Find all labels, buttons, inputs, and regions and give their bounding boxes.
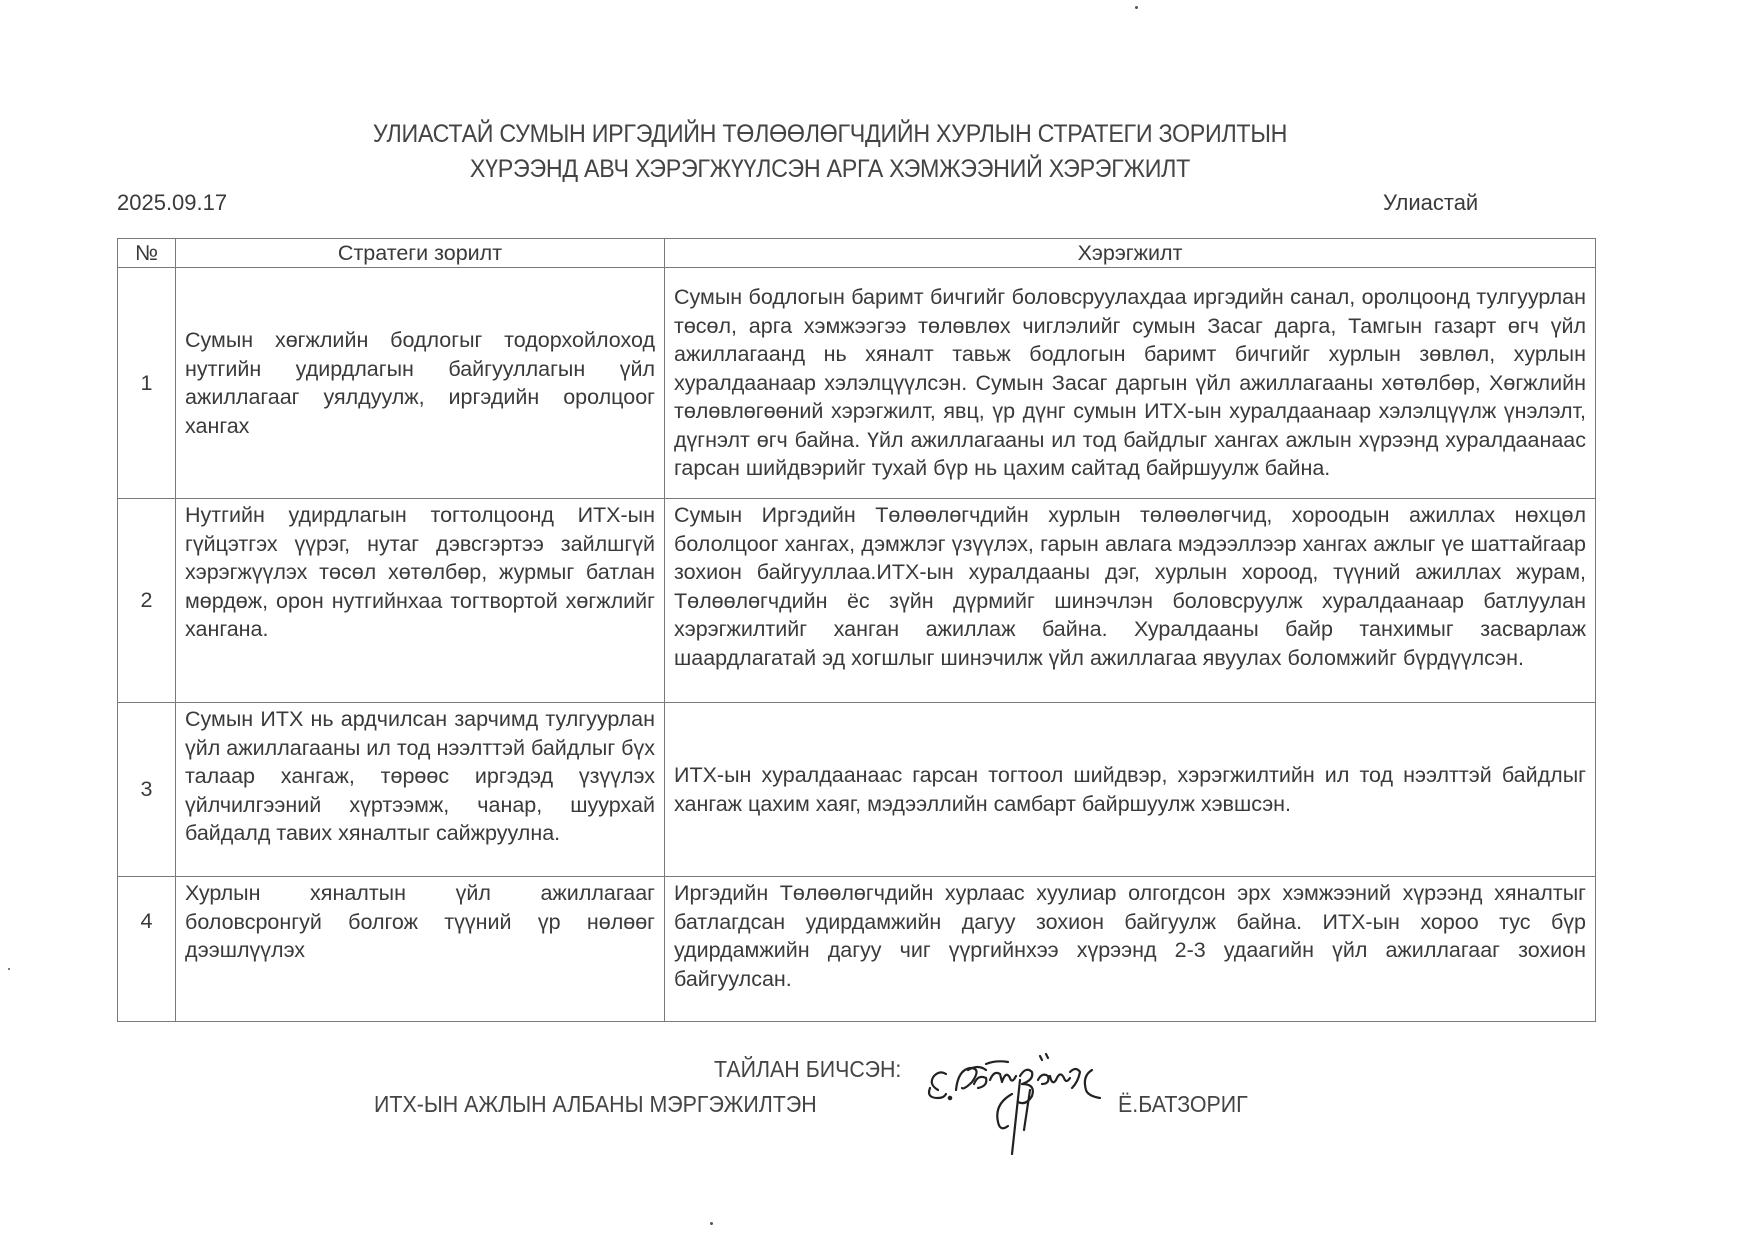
row-number: 4	[118, 877, 176, 1022]
row-implementation: Сумын Иргэдийн Төлөөлөгчдийн хурлын төлө…	[665, 499, 1596, 703]
row-implementation: Иргэдийн Төлөөлөгчдийн хурлаас хуулиар о…	[665, 877, 1596, 1022]
table-row: 3 Сумын ИТХ нь ардчилсан зарчимд тулгуур…	[118, 703, 1596, 877]
table-row: 2 Нутгийн удирдлагын тогтолцоонд ИТХ-ын …	[118, 499, 1596, 703]
row-number: 2	[118, 499, 176, 703]
header-strategy-goal: Стратеги зорилт	[176, 239, 665, 268]
document-title-line-1: УЛИАСТАЙ СУМЫН ИРГЭДИЙН ТӨЛӨӨЛӨГЧДИЙН ХУ…	[58, 120, 1602, 149]
scan-speck	[710, 1222, 713, 1225]
row-implementation: Сумын бодлогын баримт бичгийг боловсруул…	[665, 268, 1596, 499]
row-goal: Нутгийн удирдлагын тогтолцоонд ИТХ-ын гү…	[176, 499, 665, 703]
document-title-line-2: ХҮРЭЭНД АВЧ ХЭРЭГЖҮҮЛСЭН АРГА ХЭМЖЭЭНИЙ …	[58, 155, 1602, 184]
handwritten-signature-icon	[920, 1050, 1140, 1160]
scan-speck	[1135, 6, 1138, 9]
row-implementation: ИТХ-ын хуралдаанаас гарсан тогтоол шийдв…	[665, 703, 1596, 877]
row-goal: Сумын хөгжлийн бодлогыг тодорхойлоход ну…	[176, 268, 665, 499]
scan-speck	[8, 968, 10, 970]
table-header-row: № Стратеги зорилт Хэрэгжилт	[118, 239, 1596, 268]
header-number: №	[118, 239, 176, 268]
document-date: 2025.09.17	[117, 190, 227, 216]
row-number: 1	[118, 268, 176, 499]
table-row: 1 Сумын хөгжлийн бодлогыг тодорхойлоход …	[118, 268, 1596, 499]
author-position: ИТХ-ЫН АЖЛЫН АЛБАНЫ МЭРГЭЖИЛТЭН	[374, 1091, 817, 1118]
report-author-label: ТАЙЛАН БИЧСЭН:	[714, 1056, 901, 1083]
table-row: 4 Хурлын хяналтын үйл ажиллагааг боловср…	[118, 877, 1596, 1022]
header-implementation: Хэрэгжилт	[665, 239, 1596, 268]
row-goal: Хурлын хяналтын үйл ажиллагааг боловсрон…	[176, 877, 665, 1022]
row-goal: Сумын ИТХ нь ардчилсан зарчимд тулгуурла…	[176, 703, 665, 877]
document-place: Улиастай	[1383, 190, 1478, 216]
row-number: 3	[118, 703, 176, 877]
strategy-table: № Стратеги зорилт Хэрэгжилт 1 Сумын хөгж…	[117, 238, 1596, 1022]
